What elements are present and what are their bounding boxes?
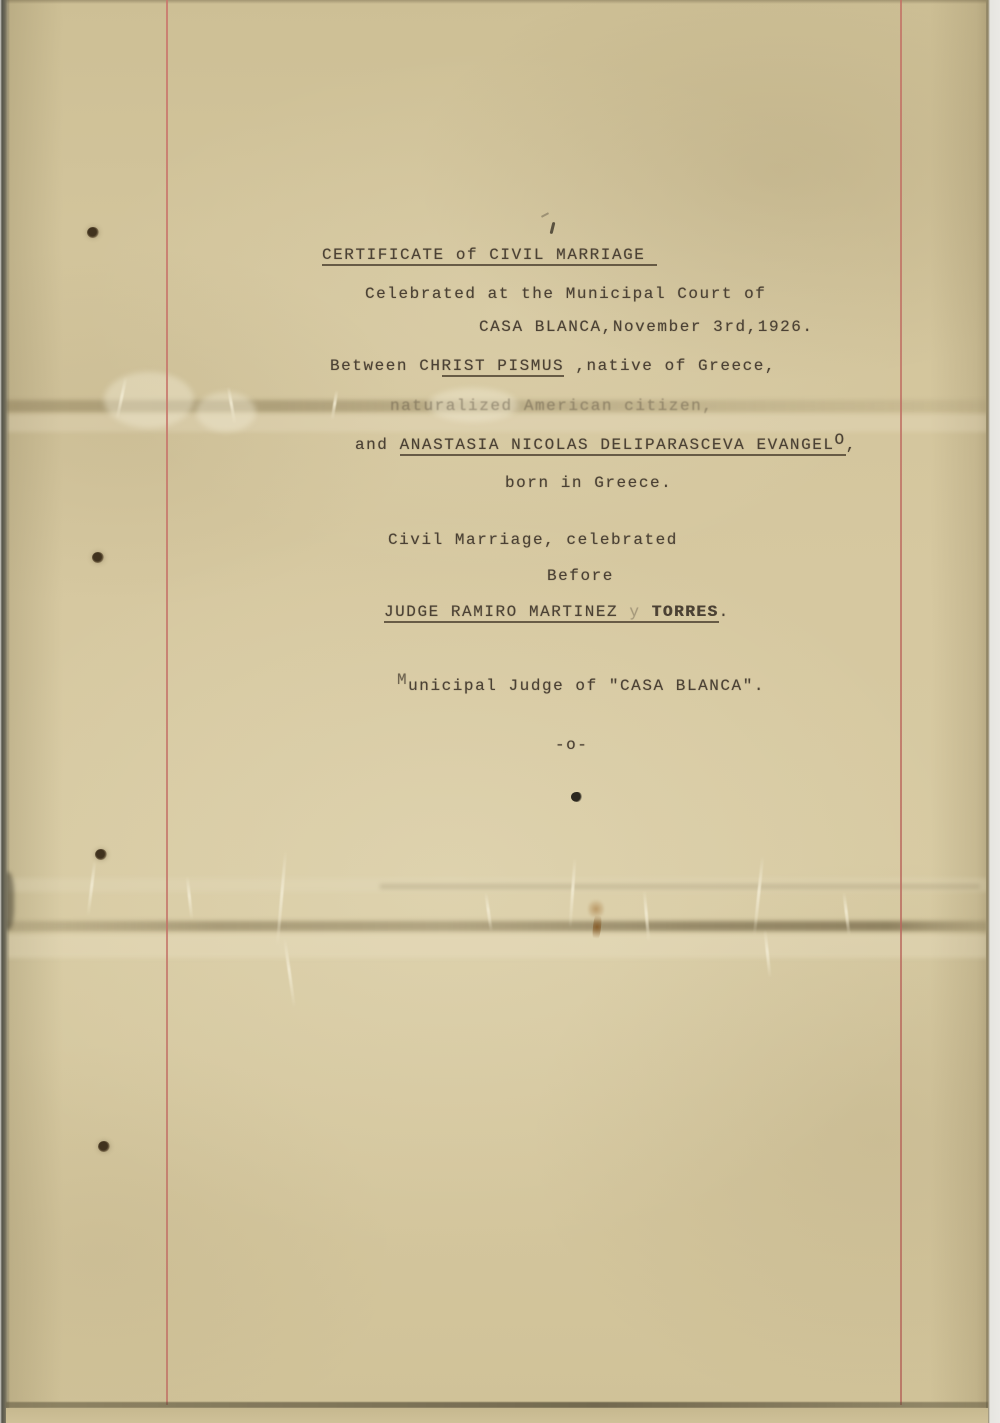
judge-period: .	[719, 603, 730, 621]
judge-gap	[641, 603, 652, 621]
line-celebrated-at: Celebrated at the Municipal Court of	[365, 284, 766, 304]
paper-background	[0, 0, 1000, 1423]
judge-name-part1: JUDGE RAMIRO MARTINEZ	[384, 603, 629, 621]
scan-bottom-strip	[6, 1408, 988, 1423]
line-born-in-greece: born in Greece.	[505, 473, 672, 493]
scan-right-edge	[986, 0, 1000, 1423]
margin-rule-right	[900, 0, 902, 1405]
bride-post: ,	[846, 436, 857, 454]
municipal-rest: unicipal Judge of "CASA BLANCA".	[408, 677, 765, 695]
judge-name-underlined: JUDGE RAMIRO MARTINEZ y TORRES	[384, 603, 719, 623]
scanned-document: CERTIFICATE of CIVIL MARRIAGE Celebrated…	[0, 0, 1000, 1423]
punch-hole	[98, 1141, 110, 1152]
line-naturalized: naturalized American citizen,	[390, 396, 713, 416]
groom-name-start: CH	[419, 357, 441, 375]
groom-name-underlined: RIST PISMUS	[442, 357, 565, 377]
margin-rule-left	[166, 0, 168, 1405]
municipal-initial: M	[397, 671, 408, 689]
bride-name-raised-letter: O	[835, 431, 846, 449]
certificate-title-text: CERTIFICATE of CIVIL MARRIAGE	[322, 246, 657, 266]
line-end-mark: -o-	[555, 735, 588, 755]
middle-fold-crease	[0, 921, 988, 931]
groom-post: ,native of Greece,	[564, 357, 776, 375]
judge-conjunction: y	[629, 603, 640, 621]
scan-left-edge	[0, 0, 10, 1423]
middle-fold-highlight-below	[0, 934, 988, 958]
punch-hole	[95, 849, 107, 860]
line-location-date: CASA BLANCA,November 3rd,1926.	[479, 317, 814, 337]
line-groom: Between CHRIST PISMUS ,native of Greece,	[330, 356, 776, 376]
right-shading	[930, 0, 988, 1423]
line-civil-marriage: Civil Marriage, celebrated	[388, 530, 678, 550]
line-bride: and ANASTASIA NICOLAS DELIPARASCEVA EVAN…	[355, 435, 857, 455]
line-municipal-judge: Municipal Judge of "CASA BLANCA".	[397, 676, 765, 696]
punch-hole	[92, 552, 104, 563]
left-shading	[8, 0, 63, 1423]
crumple-mark	[196, 392, 256, 432]
certificate-title: CERTIFICATE of CIVIL MARRIAGE	[322, 245, 657, 265]
bride-pre: and	[355, 436, 400, 454]
bride-name-underlined: ANASTASIA NICOLAS DELIPARASCEVA EVANGELO	[400, 436, 846, 456]
top-edge-shadow	[0, 0, 1000, 4]
groom-pre: Between	[330, 357, 419, 375]
line-before: Before	[547, 566, 614, 586]
line-judge: JUDGE RAMIRO MARTINEZ y TORRES.	[384, 602, 730, 622]
crumple-mark	[104, 372, 194, 428]
ink-spot	[571, 792, 582, 802]
judge-name-part2: TORRES	[652, 603, 719, 621]
bride-name: ANASTASIA NICOLAS DELIPARASCEVA EVANGEL	[400, 436, 835, 454]
punch-hole	[87, 227, 99, 238]
middle-fold-secondary	[380, 884, 980, 889]
